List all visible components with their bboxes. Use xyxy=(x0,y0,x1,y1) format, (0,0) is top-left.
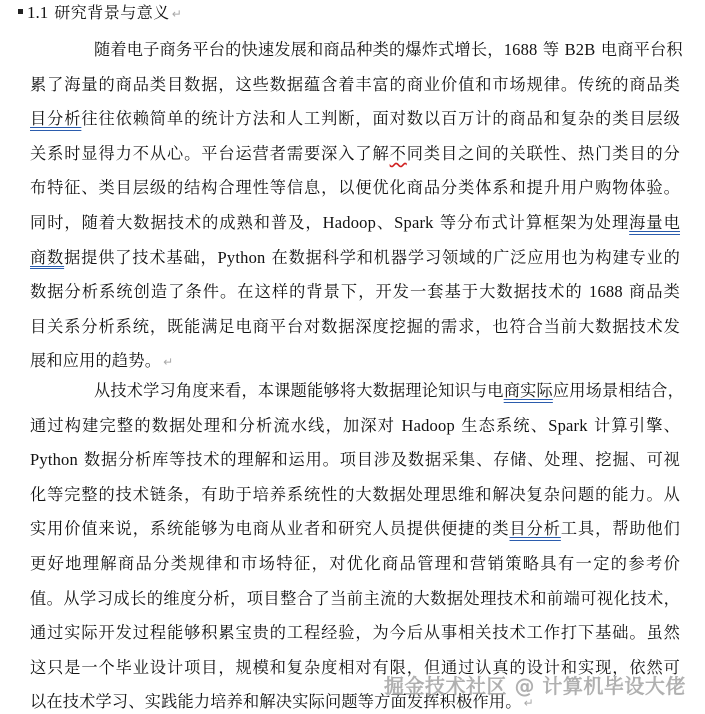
text-line: 目关系分析系统，既能满足电商平台对数据深度挖掘的需求，也符合当前大数据技术发 xyxy=(30,310,680,345)
text-line: 通过构建完整的数据处理和分析流水线，加深对 Hadoop 生态系统、Spark … xyxy=(30,409,680,444)
section-number: 1.1 xyxy=(27,3,48,22)
paragraph-1[interactable]: 随着电子商务平台的快速发展和商品种类的爆炸式增长，1688 等 B2B 电商平台… xyxy=(30,33,680,379)
text-line: Python 数据分析库等技术的理解和运用。项目涉及数据采集、存储、处理、挖掘、… xyxy=(30,443,680,478)
text-line: 化等完整的技术链条，有助于培养系统性的大数据处理思维和解决复杂问题的能力。从 xyxy=(30,478,680,513)
grammar-underline[interactable]: 商数 xyxy=(30,248,64,267)
text-line: 从技术学习角度来看，本课题能够将大数据理论知识与电商实际应用场景相结合， xyxy=(30,374,680,409)
section-title: 研究背景与意义 xyxy=(54,3,170,22)
text-line: 同时，随着大数据技术的成熟和普及，Hadoop、Spark 等分布式计算框架为处… xyxy=(30,206,680,241)
text-line: 商数据提供了技术基础，Python 在数据科学和机器学习领域的广泛应用也为构建专… xyxy=(30,241,680,276)
watermark: 掘金技术社区 @ 计算机毕设大佬 xyxy=(384,670,686,699)
text-line: 目分析往往依赖简单的统计方法和人工判断，面对数以百万计的商品和复杂的类目层级 xyxy=(30,102,680,137)
text-line: 值。从学习成长的维度分析，项目整合了当前主流的大数据处理技术和前端可视化技术， xyxy=(30,582,680,617)
spelling-underline[interactable]: 不 xyxy=(390,144,407,163)
text-line: 更好地理解商品分类规律和市场特征，对优化商品管理和营销策略具有一定的参考价 xyxy=(30,547,680,582)
section-heading: 1.1研究背景与意义↵ xyxy=(18,0,182,26)
text-line: 累了海量的商品类目数据，这些数据蕴含着丰富的商业价值和市场规律。传统的商品类 xyxy=(30,68,680,103)
grammar-underline[interactable]: 目分析 xyxy=(509,519,560,538)
paragraph-2[interactable]: 从技术学习角度来看，本课题能够将大数据理论知识与电商实际应用场景相结合， 通过构… xyxy=(30,374,680,714)
text-line: 随着电子商务平台的快速发展和商品种类的爆炸式增长，1688 等 B2B 电商平台… xyxy=(30,33,680,68)
grammar-underline[interactable]: 商实际 xyxy=(504,381,553,400)
paragraph-mark-icon: ↵ xyxy=(163,355,173,369)
text-line: 关系时显得力不从心。平台运营者需要深入了解不同类目之间的关联性、热门类目的分 xyxy=(30,137,680,172)
text-line: 实用价值来说，系统能够为电商从业者和研究人员提供便捷的类目分析工具，帮助他们 xyxy=(30,512,680,547)
paragraph-mark-icon: ↵ xyxy=(172,7,182,21)
grammar-underline[interactable]: 海量电 xyxy=(629,213,680,232)
heading-bullet-marker xyxy=(18,9,23,14)
text-line: 通过实际开发过程能够积累宝贵的工程经验，为今后从事相关技术工作打下基础。虽然 xyxy=(30,616,680,651)
text-line: 布特征、类目层级的结构合理性等信息，以便优化商品分类体系和提升用户购物体验。 xyxy=(30,171,680,206)
grammar-underline[interactable]: 目分析 xyxy=(30,109,81,128)
text-line: 数据分析系统创造了条件。在这样的背景下，开发一套基于大数据技术的 1688 商品… xyxy=(30,275,680,310)
